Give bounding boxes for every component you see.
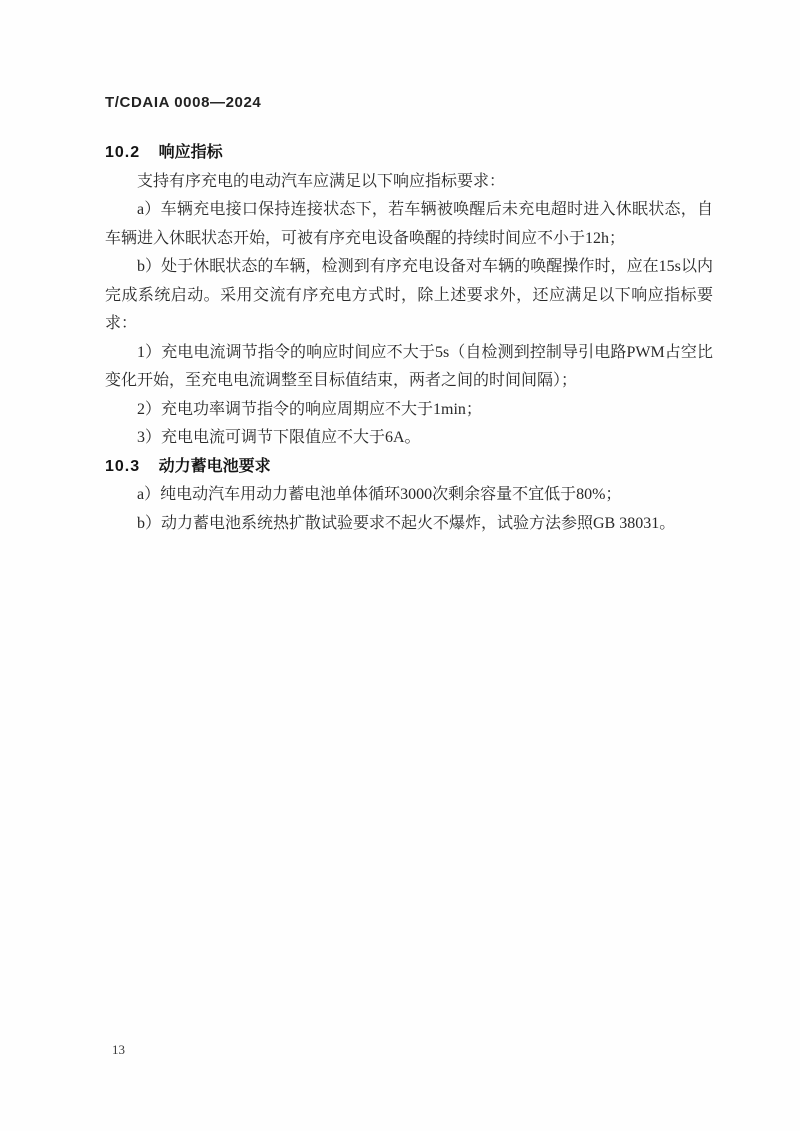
standard-code-header: T/CDAIA 0008—2024 — [105, 94, 261, 111]
paragraph-intro: 支持有序充电的电动汽车应满足以下响应指标要求： — [105, 168, 713, 197]
document-body: 10.2 响应指标 支持有序充电的电动汽车应满足以下响应指标要求： a）车辆充电… — [105, 139, 713, 538]
paragraph-item-a: a）车辆充电接口保持连接状态下，若车辆被唤醒后未充电超时进入休眠状态，自车辆进入… — [105, 196, 713, 253]
section-title: 响应指标 — [159, 144, 223, 161]
page-number: 13 — [112, 1042, 125, 1058]
document-page: T/CDAIA 0008—2024 10.2 响应指标 支持有序充电的电动汽车应… — [0, 0, 800, 1131]
paragraph-item-a: a）纯电动汽车用动力蓄电池单体循环3000次剩余容量不宜低于80%； — [105, 481, 713, 510]
paragraph-item-b: b）动力蓄电池系统热扩散试验要求不起火不爆炸，试验方法参照GB 38031。 — [105, 510, 713, 539]
section-title: 动力蓄电池要求 — [159, 458, 271, 475]
paragraph-item-2: 2）充电功率调节指令的响应周期应不大于1min； — [105, 396, 713, 425]
section-heading-10-2: 10.2 响应指标 — [105, 139, 713, 168]
section-number: 10.2 — [105, 139, 140, 168]
section-heading-10-3: 10.3 动力蓄电池要求 — [105, 453, 713, 482]
paragraph-item-b: b）处于休眠状态的车辆，检测到有序充电设备对车辆的唤醒操作时，应在15s以内完成… — [105, 253, 713, 339]
paragraph-item-3: 3）充电电流可调节下限值应不大于6A。 — [105, 424, 713, 453]
section-number: 10.3 — [105, 453, 140, 482]
paragraph-item-1: 1）充电电流调节指令的响应时间应不大于5s（自检测到控制导引电路PWM占空比变化… — [105, 339, 713, 396]
